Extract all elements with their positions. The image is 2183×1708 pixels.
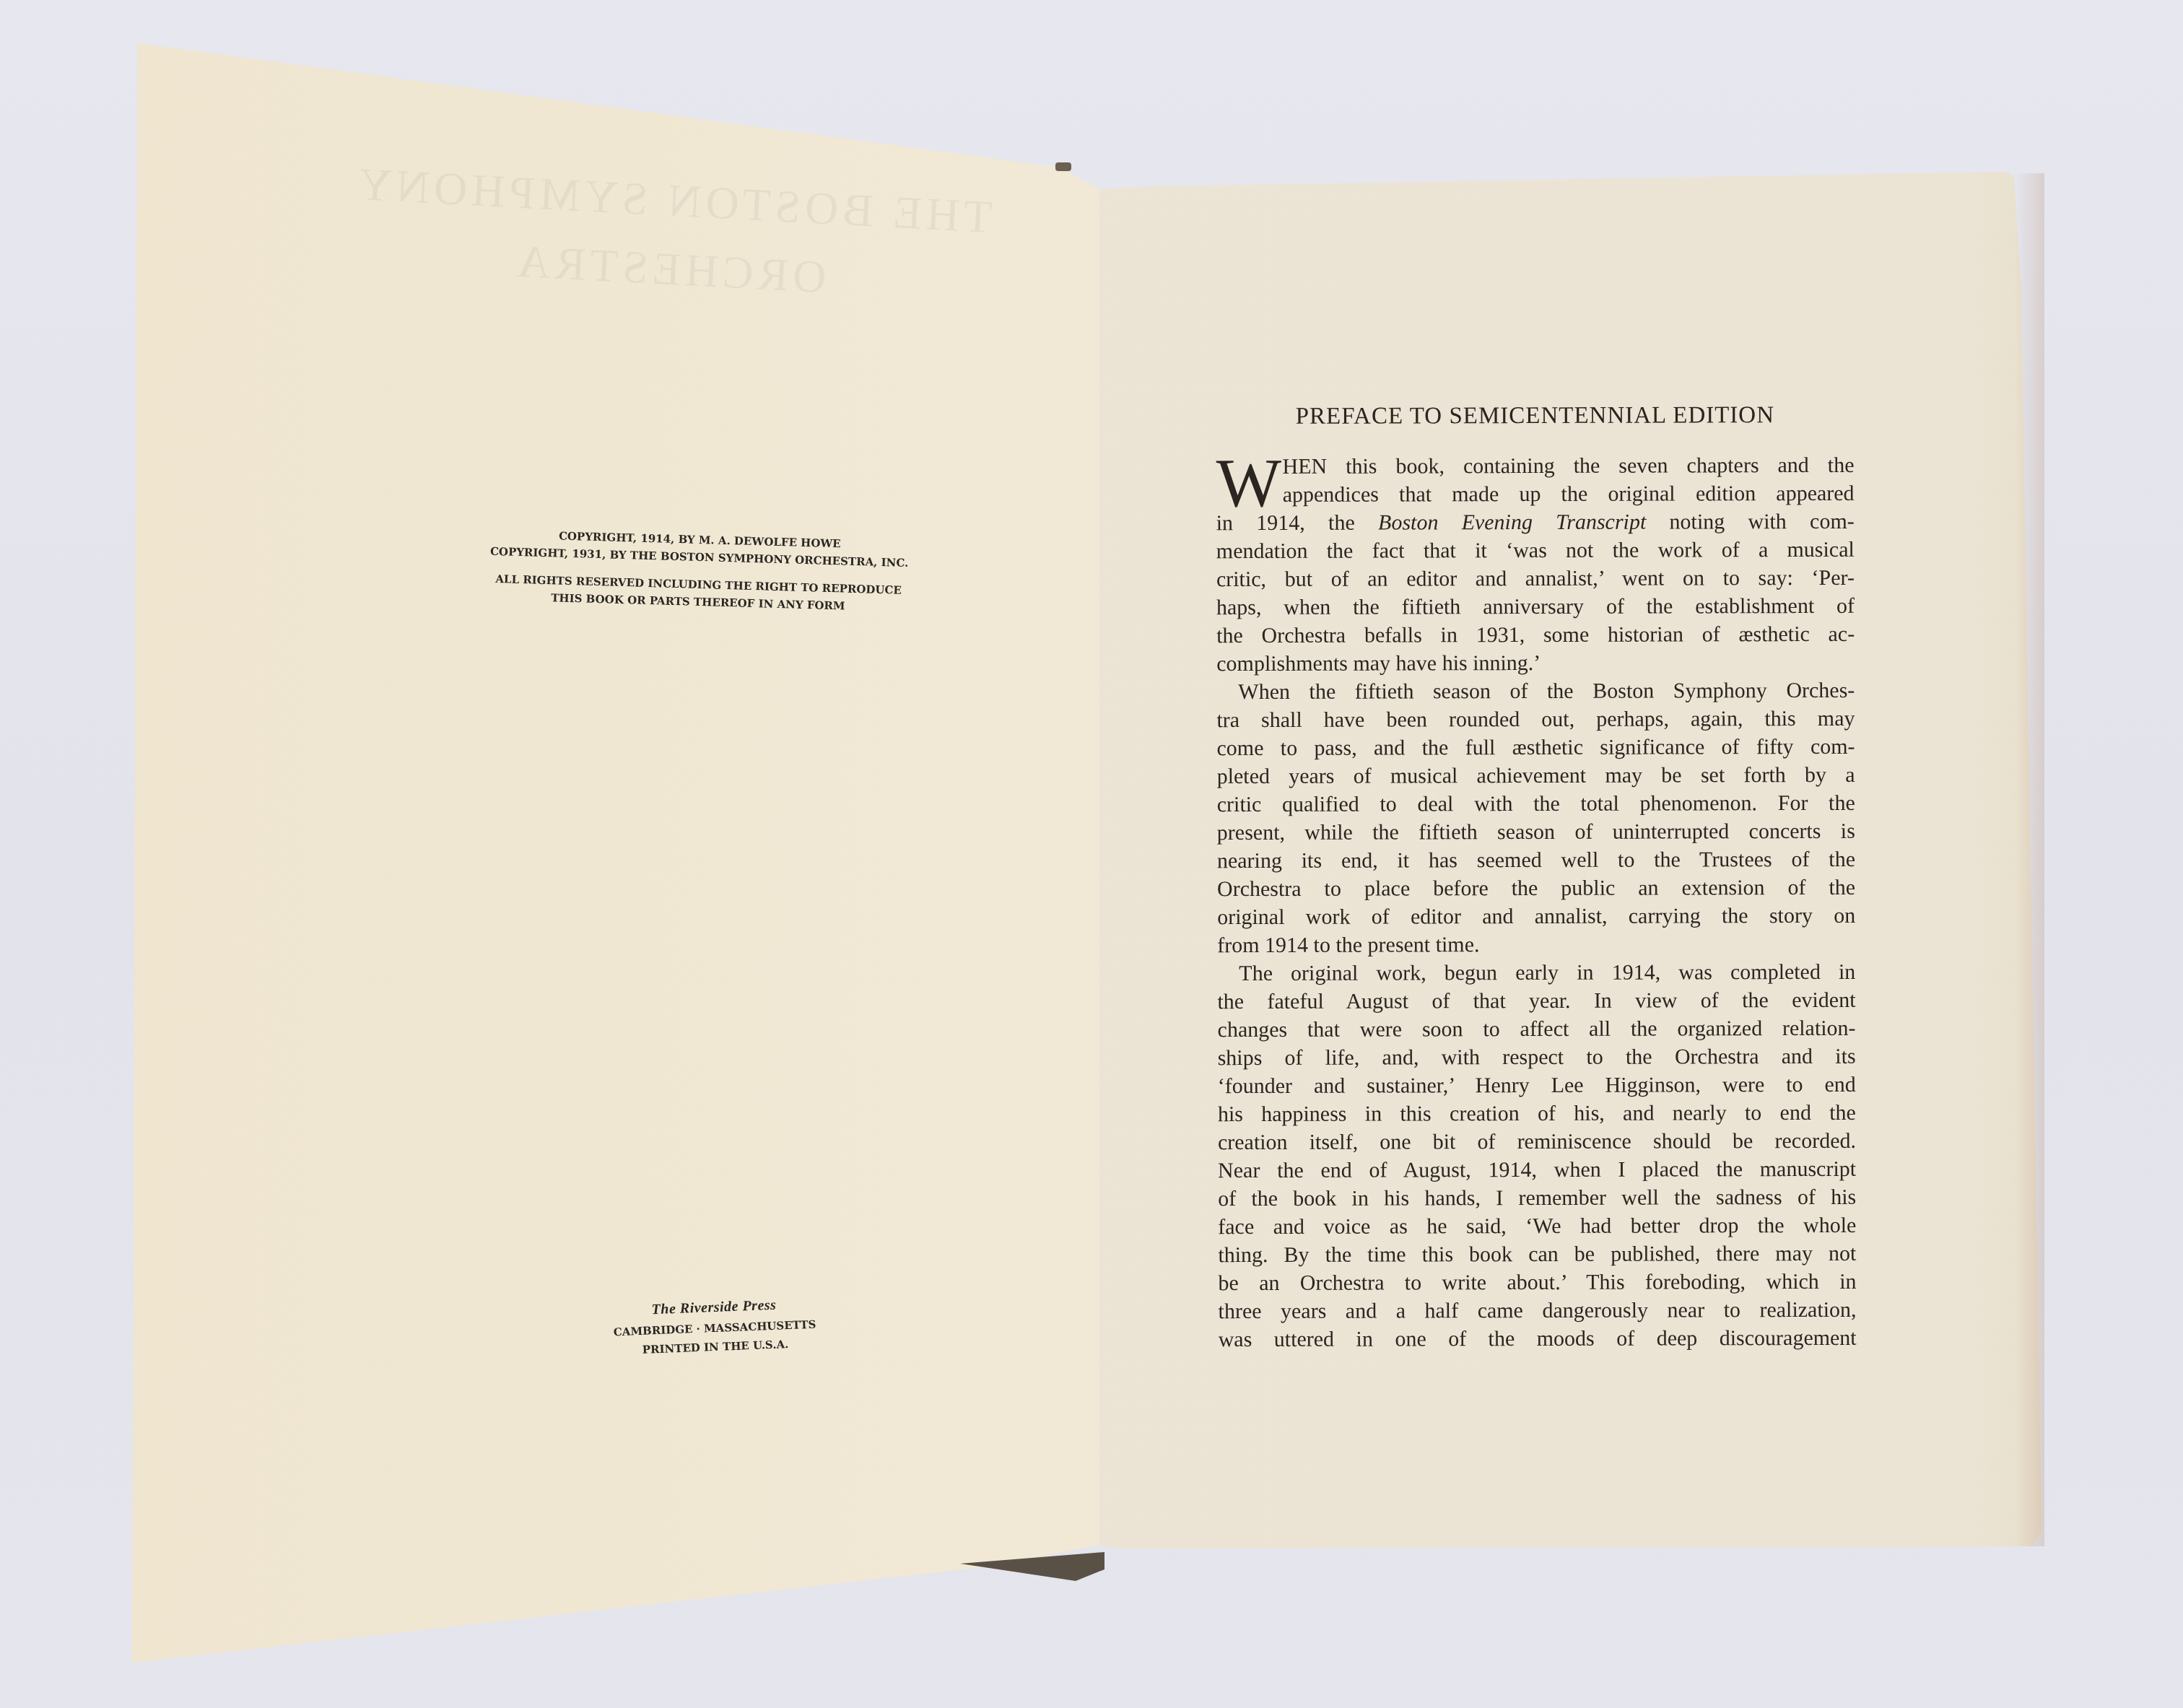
text-line: tra shall have been rounded out, perhaps… bbox=[1216, 705, 1855, 734]
text-line: complishments may have his inning.’ bbox=[1216, 648, 1855, 678]
text-line: pleted years of musical achievement may … bbox=[1217, 761, 1855, 790]
newspaper-title: Boston Evening Transcript bbox=[1378, 510, 1646, 535]
printer-imprint: The Riverside Press CAMBRIDGE · MASSACHU… bbox=[591, 1295, 839, 1359]
text-line: ‘founder and sustainer,’ Henry Lee Higgi… bbox=[1218, 1071, 1856, 1100]
book-spine-top bbox=[1055, 162, 1071, 171]
page-title: PREFACE TO SEMICENTENNIAL EDITION bbox=[1216, 401, 1854, 431]
text-line: from 1914 to the present time. bbox=[1217, 930, 1855, 959]
text-line: When the fiftieth season of the Boston S… bbox=[1216, 676, 1855, 706]
text-line: original work of editor and annalist, ca… bbox=[1217, 902, 1855, 931]
text-line: haps, when the fiftieth anniversary of t… bbox=[1216, 592, 1855, 622]
text-line: The original work, begun early in 1914, … bbox=[1217, 958, 1855, 988]
press-city: CAMBRIDGE · MASSACHUSETTS bbox=[592, 1317, 837, 1339]
text-line: thing. By the time this book can be publ… bbox=[1218, 1239, 1856, 1269]
paragraph-1-opening: W HEN this book, containing the seven ch… bbox=[1216, 451, 1854, 509]
text-line: critic qualified to deal with the total … bbox=[1217, 789, 1855, 819]
text-line: nearing its end, it has seemed well to t… bbox=[1217, 845, 1855, 875]
text-line: ships of life, and, with respect to the … bbox=[1218, 1042, 1856, 1072]
text-line: the Orchestra befalls in 1931, some hist… bbox=[1216, 620, 1855, 650]
text-line: three years and a half came dangerously … bbox=[1219, 1296, 1857, 1325]
drop-cap: W bbox=[1216, 456, 1281, 510]
text-line: the fateful August of that year. In view… bbox=[1217, 986, 1855, 1016]
text-line: of the book in his hands, I remember wel… bbox=[1218, 1183, 1856, 1213]
text-line: in 1914, the Boston Evening Transcript n… bbox=[1216, 507, 1855, 537]
text-line: changes that were soon to affect all the… bbox=[1218, 1014, 1856, 1044]
text-line: be an Orchestra to write about.’ This fo… bbox=[1218, 1268, 1856, 1297]
text-line: come to pass, and the full æsthetic sign… bbox=[1216, 733, 1855, 762]
text-line: creation itself, one bit of reminiscence… bbox=[1218, 1127, 1856, 1156]
text-line: Orchestra to place before the public an … bbox=[1217, 873, 1855, 903]
preface-text: PREFACE TO SEMICENTENNIAL EDITION W HEN … bbox=[1216, 401, 1856, 1354]
text-line: was uttered in one of the moods of deep … bbox=[1219, 1324, 1857, 1354]
text-line: present, while the fiftieth season of un… bbox=[1217, 817, 1855, 847]
text-line: appendices that made up the original edi… bbox=[1283, 479, 1855, 509]
text-line: critic, but of an editor and annalist,’ … bbox=[1216, 564, 1855, 593]
text-line: mendation the fact that it ‘was not the … bbox=[1216, 536, 1855, 565]
text-line: HEN this book, containing the seven chap… bbox=[1282, 451, 1854, 481]
copyright-notice: COPYRIGHT, 1914, BY M. A. DEWOLFE HOWE C… bbox=[467, 520, 931, 615]
text-line: Near the end of August, 1914, when I pla… bbox=[1218, 1155, 1856, 1185]
text-line: his happiness in this creation of his, a… bbox=[1218, 1099, 1856, 1128]
text-line: face and voice as he said, ‘We had bette… bbox=[1218, 1211, 1856, 1241]
